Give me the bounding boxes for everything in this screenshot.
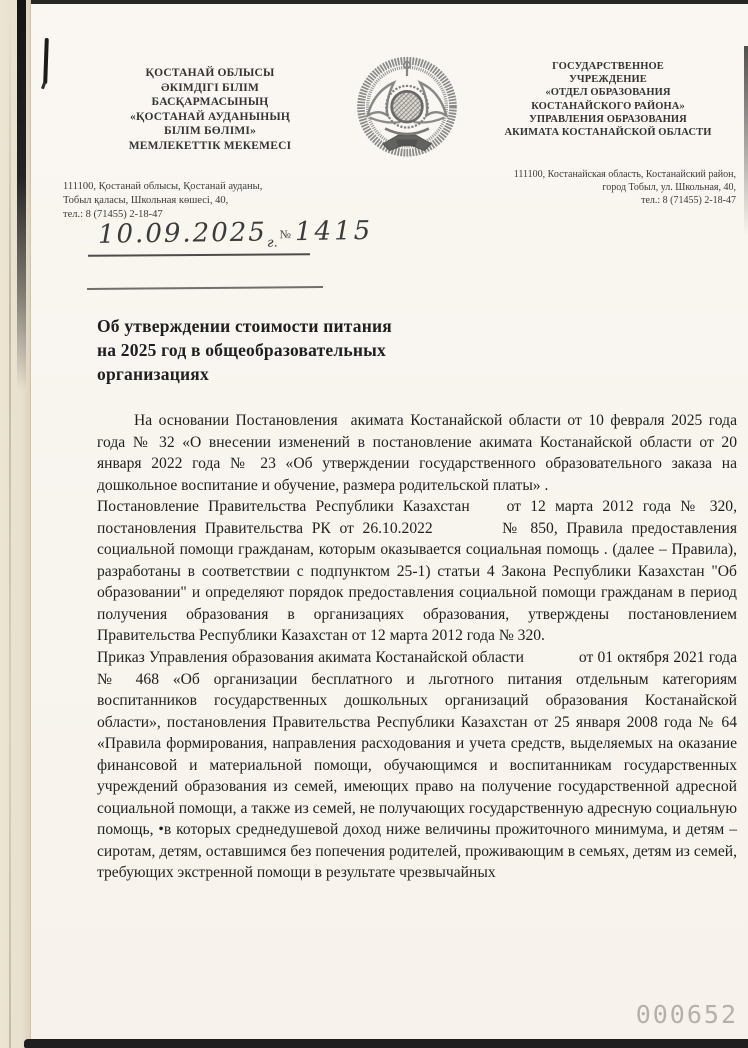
- org-right-line: АКИМАТА КОСТАНАЙСКОЙ ОБЛАСТИ: [478, 126, 738, 139]
- org-left-line: МЕМЛЕКЕТТІК МЕКЕМЕСІ: [88, 139, 332, 154]
- reference-date-number: 10.09.2025г.№1415: [98, 216, 358, 253]
- document-body: На основании Постановления акимата Коста…: [97, 410, 737, 884]
- org-name-russian: ГОСУДАРСТВЕННОЕ УЧРЕЖДЕНИЕ «ОТДЕЛ ОБРАЗО…: [478, 60, 738, 139]
- org-left-line: БАСҚАРМАСЫНЫҢ: [88, 95, 332, 110]
- page-number-stamp: 000652: [598, 1000, 738, 1029]
- org-left-line: ҚОСТАНАЙ ОБЛЫСЫ: [88, 66, 332, 81]
- address-left-line: Тобыл қаласы, Школьная көшесі, 40,: [63, 194, 303, 208]
- reference-second-underline: [87, 286, 323, 290]
- number-sign: №: [279, 227, 291, 241]
- scan-edge-left-strip: [0, 0, 31, 1048]
- scanned-document-page: ҚОСТАНАЙ ОБЛЫСЫ ӘКІМДІГІ БІЛІМ БАСҚАРМАС…: [0, 0, 748, 1048]
- scan-edge-right: [744, 46, 748, 236]
- org-right-line: «ОТДЕЛ ОБРАЗОВАНИЯ: [478, 86, 738, 99]
- address-right-line: тел.: 8 (71455) 2-18-47: [498, 194, 736, 207]
- org-right-line: УПРАВЛЕНИЯ ОБРАЗОВАНИЯ: [478, 113, 738, 126]
- subject-line: организациях: [97, 362, 457, 386]
- org-left-line: «ҚОСТАНАЙ АУДАНЫНЫҢ: [88, 110, 332, 125]
- subject-line: на 2025 год в общеобразовательных: [97, 338, 457, 362]
- scan-edge-bottom: [24, 1039, 748, 1048]
- org-left-line: БІЛІМ БӨЛІМІ»: [88, 124, 332, 139]
- body-paragraph-1: На основании Постановления акимата Коста…: [97, 410, 737, 496]
- body-paragraph-3: Приказ Управления образования акимата Ко…: [97, 647, 737, 884]
- address-russian: 111100, Костанайская область, Костанайск…: [498, 168, 736, 207]
- body-paragraph-2: Постановление Правительства Республики К…: [97, 496, 737, 647]
- address-left-line: 111100, Қостанай облысы, Қостанай ауданы…: [63, 180, 303, 194]
- org-right-line: УЧРЕЖДЕНИЕ: [478, 73, 738, 86]
- org-right-line: КОСТАНАЙСКОГО РАЙОНА»: [478, 100, 738, 113]
- org-name-kazakh: ҚОСТАНАЙ ОБЛЫСЫ ӘКІМДІГІ БІЛІМ БАСҚАРМАС…: [88, 66, 332, 153]
- address-right-line: 111100, Костанайская область, Костанайск…: [498, 168, 736, 181]
- date-year-suffix: г.: [267, 235, 278, 250]
- org-right-line: ГОСУДАРСТВЕННОЕ: [478, 60, 738, 73]
- scan-left-crease: [9, 0, 11, 1048]
- org-left-line: ӘКІМДІГІ БІЛІМ: [88, 81, 332, 96]
- scan-left-dark-bar: [17, 0, 26, 390]
- address-right-line: город Тобыл, ул. Школьная, 40,: [498, 181, 736, 194]
- reference-underline: [88, 253, 310, 257]
- address-kazakh: 111100, Қостанай облысы, Қостанай ауданы…: [63, 180, 303, 222]
- subject-line: Об утверждении стоимости питания: [97, 314, 457, 338]
- handwritten-number: 1415: [295, 216, 374, 247]
- handwritten-date: 10.09.2025: [98, 217, 267, 249]
- document-subject: Об утверждении стоимости питания на 2025…: [97, 314, 457, 386]
- kazakhstan-state-emblem-icon: [352, 52, 462, 168]
- staple-mark: [43, 38, 49, 84]
- scan-edge-top: [0, 0, 748, 4]
